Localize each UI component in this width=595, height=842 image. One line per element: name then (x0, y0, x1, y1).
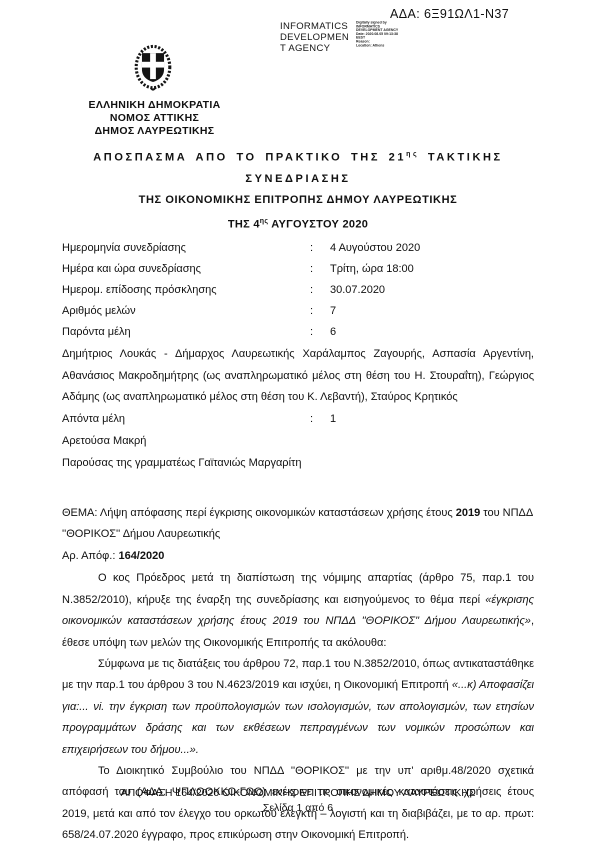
absent-member-name: Αρετούσα Μακρή (62, 430, 534, 452)
row-colon: : (310, 280, 330, 301)
decision-number: Αρ. Απόφ.: 164/2020 (62, 546, 534, 568)
meeting-details: Ημερομηνία συνεδρίασης : 4 Αυγούστου 202… (62, 238, 534, 343)
row-label: Ημέρα και ώρα συνεδρίασης (62, 259, 310, 280)
footer-page-number: Σελίδα 1 από 6 (62, 801, 534, 816)
meeting-details-row: Ημερομηνία συνεδρίασης : 4 Αυγούστου 202… (62, 238, 534, 259)
row-value: 30.07.2020 (330, 280, 534, 301)
meeting-details-row: Παρόντα μέλη : 6 (62, 322, 534, 343)
letterhead-line-municipality: ΔΗΜΟΣ ΛΑΥΡΕΩΤΙΚΗΣ (52, 125, 257, 138)
document-title-line2: ΤΗΣ ΟΙΚΟΝΟΜΙΚΗΣ ΕΠΙΤΡΟΠΗΣ ΔΗΜΟΥ ΛΑΥΡΕΩΤΙ… (62, 190, 534, 211)
present-members-paragraph: Δημήτριος Λουκάς - Δήμαρχος Λαυρεωτικής … (62, 344, 534, 409)
secretary-line: Παρούσας της γραμματέως Γαϊτανιώς Μαργαρ… (62, 452, 534, 474)
signature-details: Digitally signed by INFORMATICS DEVELOPM… (356, 21, 460, 48)
letterhead-line-republic: ΕΛΛΗΝΙΚΗ ΔΗΜΟΚΡΑΤΙΑ (52, 99, 257, 112)
meeting-details-row: Ημερομ. επίδοσης πρόσκλησης : 30.07.2020 (62, 280, 534, 301)
letterhead: ΕΛΛΗΝΙΚΗ ΔΗΜΟΚΡΑΤΙΑ ΝΟΜΟΣ ΑΤΤΙΚΗΣ ΔΗΜΟΣ … (52, 99, 257, 138)
subject-block: ΘΕΜΑ: Λήψη απόφασης περί έγκρισης οικονο… (62, 503, 534, 568)
page-footer: ΑΠΟΦΑΣΗ 164/2020 ΟΙΚΟΝΟΜΙΚΗΣ ΕΠΙΤΡΟΠΗΣ Δ… (62, 786, 534, 815)
row-colon: : (310, 301, 330, 322)
row-colon: : (310, 238, 330, 259)
row-colon: : (310, 259, 330, 280)
absent-members-row: Απόντα μέλη : 1 (62, 409, 534, 430)
letterhead-line-prefecture: ΝΟΜΟΣ ΑΤΤΙΚΗΣ (52, 112, 257, 125)
row-colon: : (310, 322, 330, 343)
signature-agency-name: INFORMATICS DEVELOPMEN T AGENCY (280, 21, 349, 67)
row-value: 6 (330, 322, 534, 343)
document-title-line3: ΤΗΣ 4ης ΑΥΓΟΥΣΤΟΥ 2020 (62, 211, 534, 236)
row-value: 4 Αυγούστου 2020 (330, 238, 534, 259)
digital-signature-stamp: INFORMATICS DEVELOPMEN T AGENCY Digitall… (280, 21, 536, 67)
greek-coat-of-arms-icon (129, 42, 177, 96)
row-colon: : (310, 409, 330, 430)
row-label: Ημερομ. επίδοσης πρόσκλησης (62, 280, 310, 301)
row-value: 7 (330, 301, 534, 322)
row-label: Απόντα μέλη (62, 409, 310, 430)
footer-decision-line: ΑΠΟΦΑΣΗ 164/2020 ΟΙΚΟΝΟΜΙΚΗΣ ΕΠΙΤΡΟΠΗΣ Δ… (62, 786, 534, 801)
document-title-line1: ΑΠΟΣΠΑΣΜΑ ΑΠΟ ΤΟ ΠΡΑΚΤΙΚΟ ΤΗΣ 21ης ΤΑΚΤΙ… (62, 144, 534, 190)
subject-paragraph: ΘΕΜΑ: Λήψη απόφασης περί έγκρισης οικονο… (62, 503, 534, 546)
row-label: Ημερομηνία συνεδρίασης (62, 238, 310, 259)
document-body: ΑΠΟΣΠΑΣΜΑ ΑΠΟ ΤΟ ΠΡΑΚΤΙΚΟ ΤΗΣ 21ης ΤΑΚΤΙ… (62, 144, 534, 842)
document-page: ΑΔΑ: 6Ξ91ΩΛ1-Ν37 INFORMATICS DEVELOPMEN … (0, 0, 595, 842)
row-label: Αριθμός μελών (62, 301, 310, 322)
row-value: Τρίτη, ώρα 18:00 (330, 259, 534, 280)
body-paragraph: Ο κος Πρόεδρος μετά τη διαπίστωση της νό… (62, 568, 534, 654)
meeting-details-row: Ημέρα και ώρα συνεδρίασης : Τρίτη, ώρα 1… (62, 259, 534, 280)
row-value: 1 (330, 409, 534, 430)
row-label: Παρόντα μέλη (62, 322, 310, 343)
meeting-details-row: Αριθμός μελών : 7 (62, 301, 534, 322)
body-paragraph: Σύμφωνα με τις διατάξεις του άρθρου 72, … (62, 654, 534, 761)
ada-code: ΑΔΑ: 6Ξ91ΩΛ1-Ν37 (390, 7, 540, 21)
